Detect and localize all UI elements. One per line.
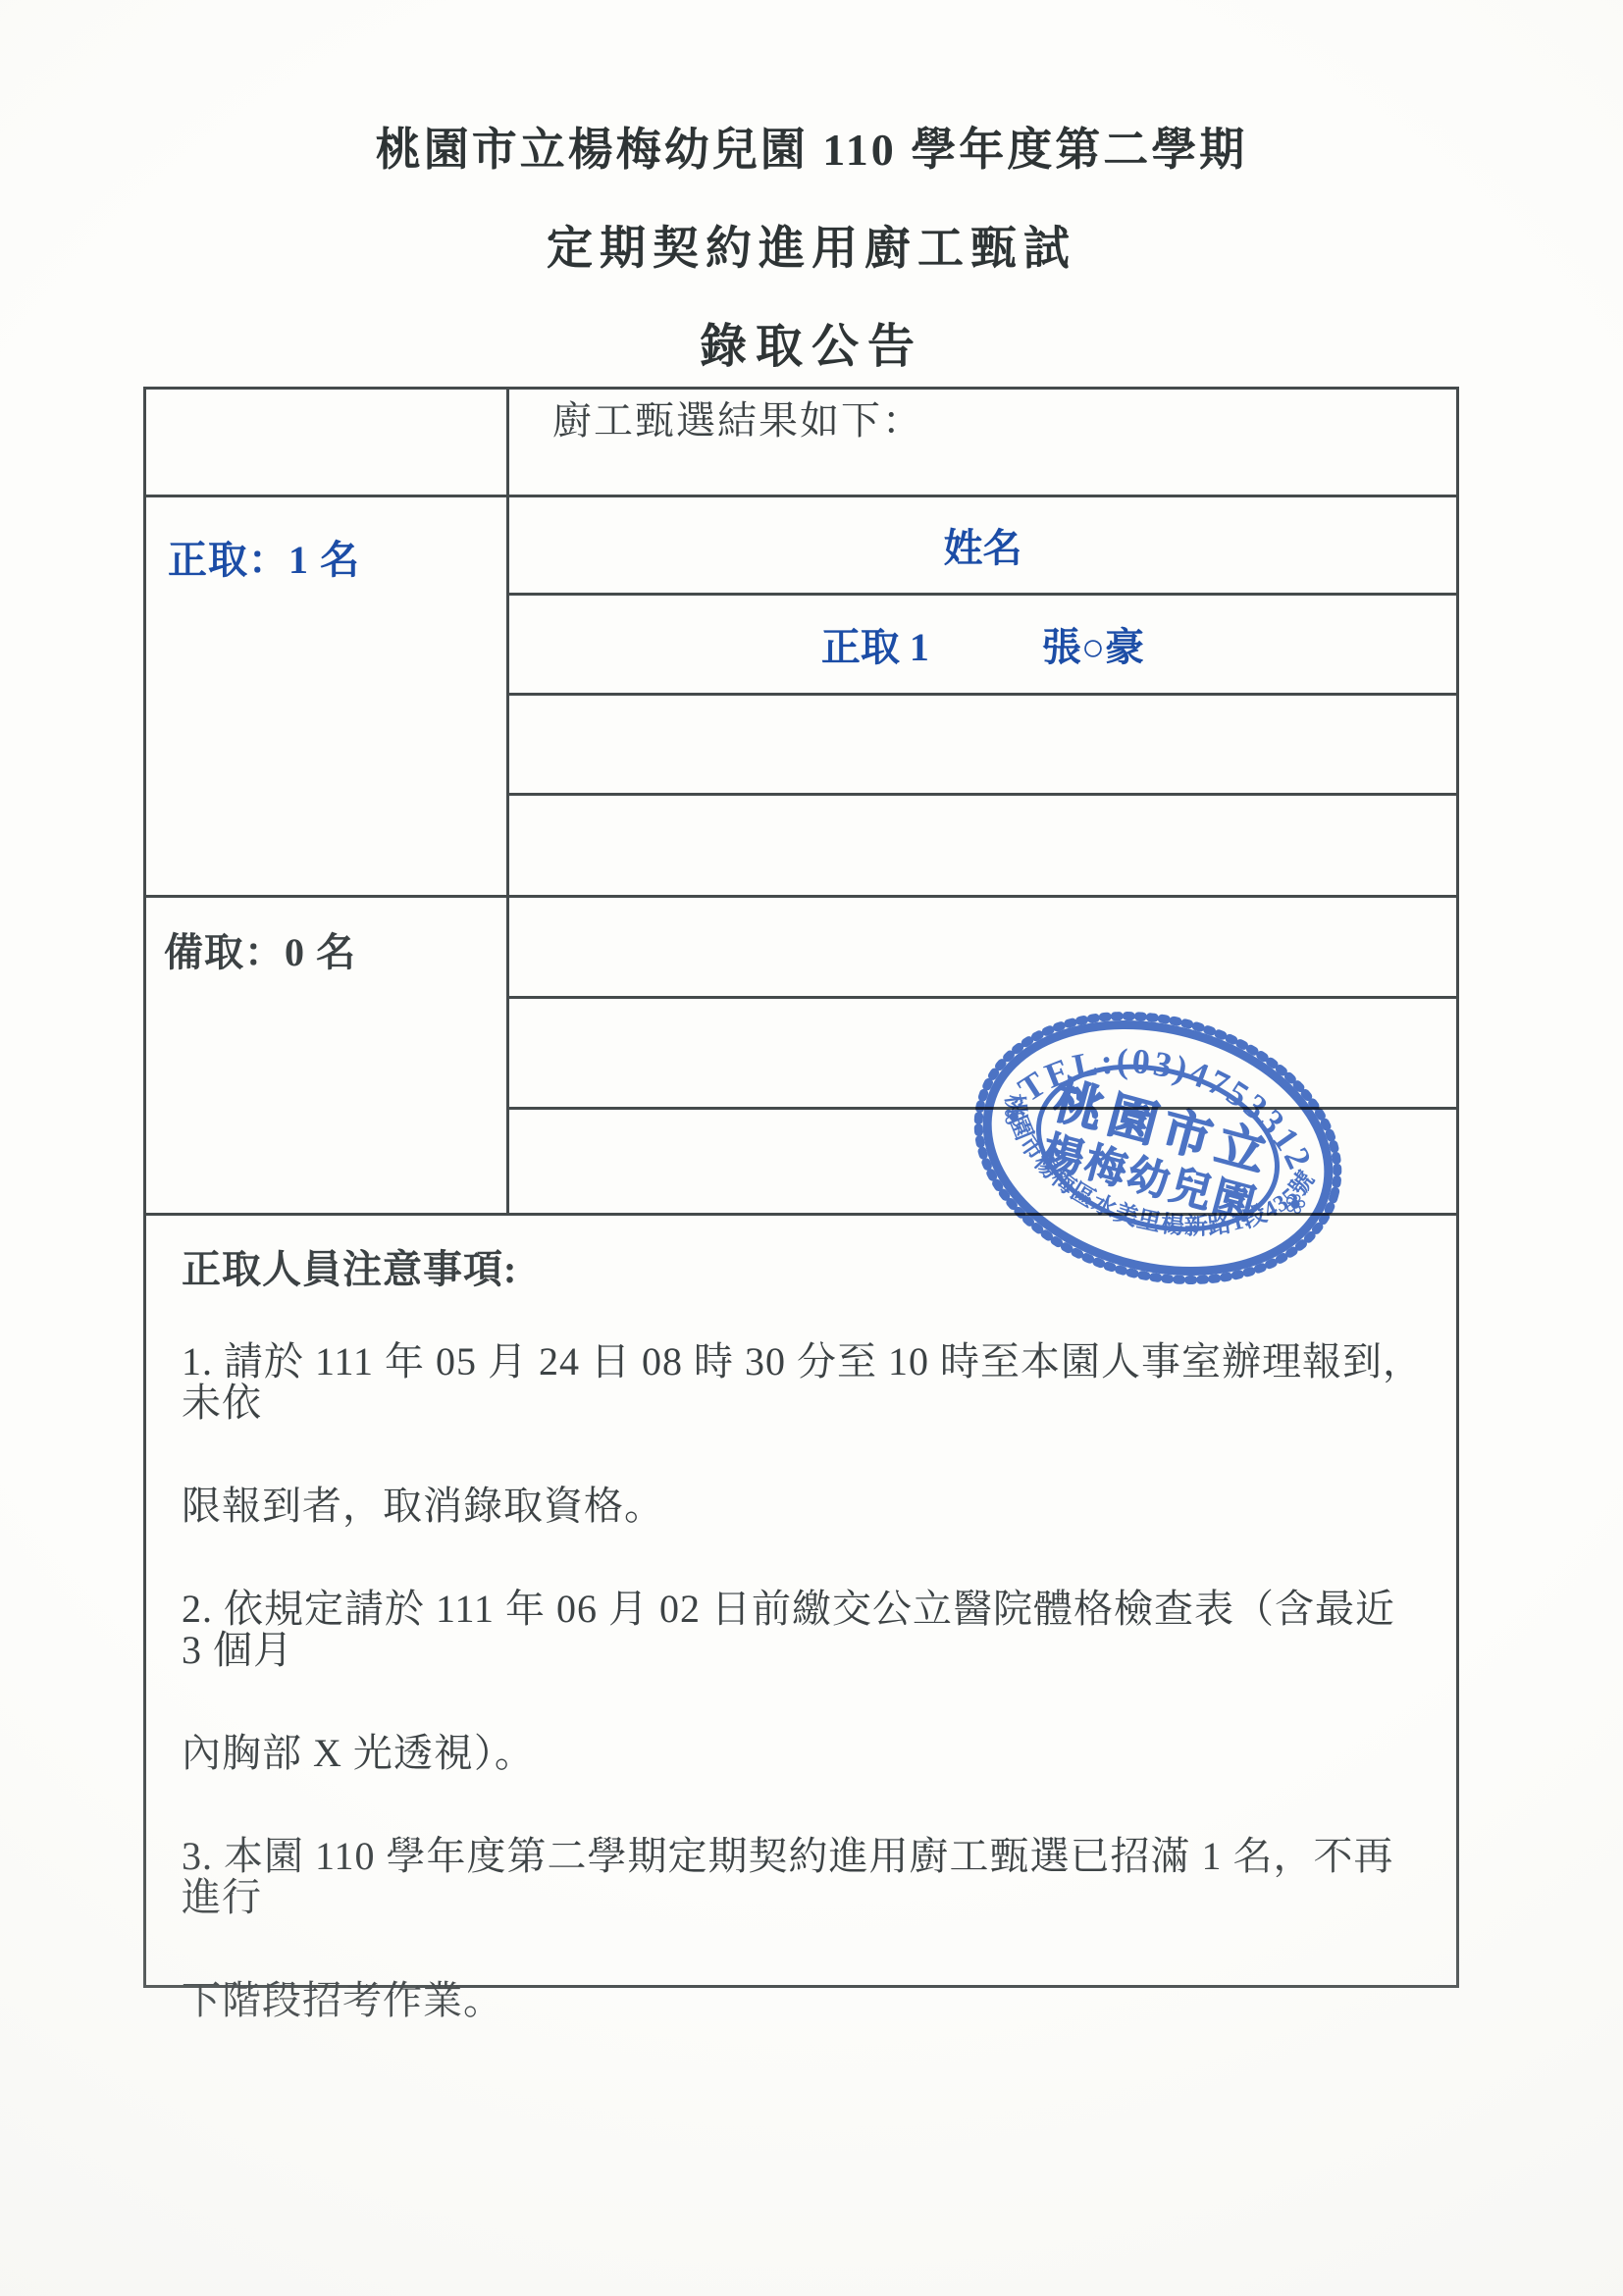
name-header-label: 姓名 <box>944 517 1022 573</box>
waitlist-label-cell: 備取：0 名 <box>146 898 506 977</box>
note-line: 內胸部 X 光透視）。 <box>182 1733 1427 1774</box>
regular-label-cell: 正取：1 名 <box>146 497 506 585</box>
official-stamp: TEL:(03)4753312 桃園市楊梅區水美里楊新路1段435號 桃園市立 … <box>967 1001 1349 1305</box>
rank-cell: 正取 1 <box>821 616 929 672</box>
announcement-document: { "page": { "title_line1": "桃園市立楊梅幼兒園 11… <box>0 0 1623 2296</box>
empty-cell <box>509 898 1456 999</box>
page-title-line-2: 定期契約進用廚工甄試 <box>0 212 1623 278</box>
page-title-line-1: 桃園市立楊梅幼兒園 110 學年度第二學期 <box>0 114 1623 179</box>
regular-admission-row: 正取：1 名 姓名 正取 1 張○豪 <box>146 497 1456 898</box>
note-line: 2. 依規定請於 111 年 06 月 02 日前繳交公立醫院體格檢查表（含最近… <box>182 1589 1427 1671</box>
header-note-cell: 廚工甄選結果如下： <box>509 390 1456 445</box>
notes-row: 正取人員注意事項: 1. 請於 111 年 05 月 24 日 08 時 30 … <box>146 1216 1456 1972</box>
note-line: 限報到者，取消錄取資格。 <box>182 1486 1427 1527</box>
note-line: 3. 本園 110 學年度第二學期定期契約進用廚工甄選已招滿 1 名，不再進行 <box>182 1836 1427 1918</box>
note-line: 下階段招考作業。 <box>182 1980 1427 2021</box>
note-line: 1. 請於 111 年 05 月 24 日 08 時 30 分至 10 時至本園… <box>182 1341 1427 1424</box>
table-header-row: 廚工甄選結果如下： <box>146 390 1456 497</box>
name-cell: 張○豪 <box>1042 616 1144 672</box>
empty-cell <box>509 796 1456 895</box>
notes-section: 正取人員注意事項: 1. 請於 111 年 05 月 24 日 08 時 30 … <box>146 1216 1456 1972</box>
page-title-line-3: 錄取公告 <box>0 308 1623 376</box>
admitted-person-row: 正取 1 張○豪 <box>509 596 1456 696</box>
empty-cell <box>509 696 1456 796</box>
name-header-cell: 姓名 <box>509 497 1456 596</box>
empty-cell <box>146 390 506 495</box>
